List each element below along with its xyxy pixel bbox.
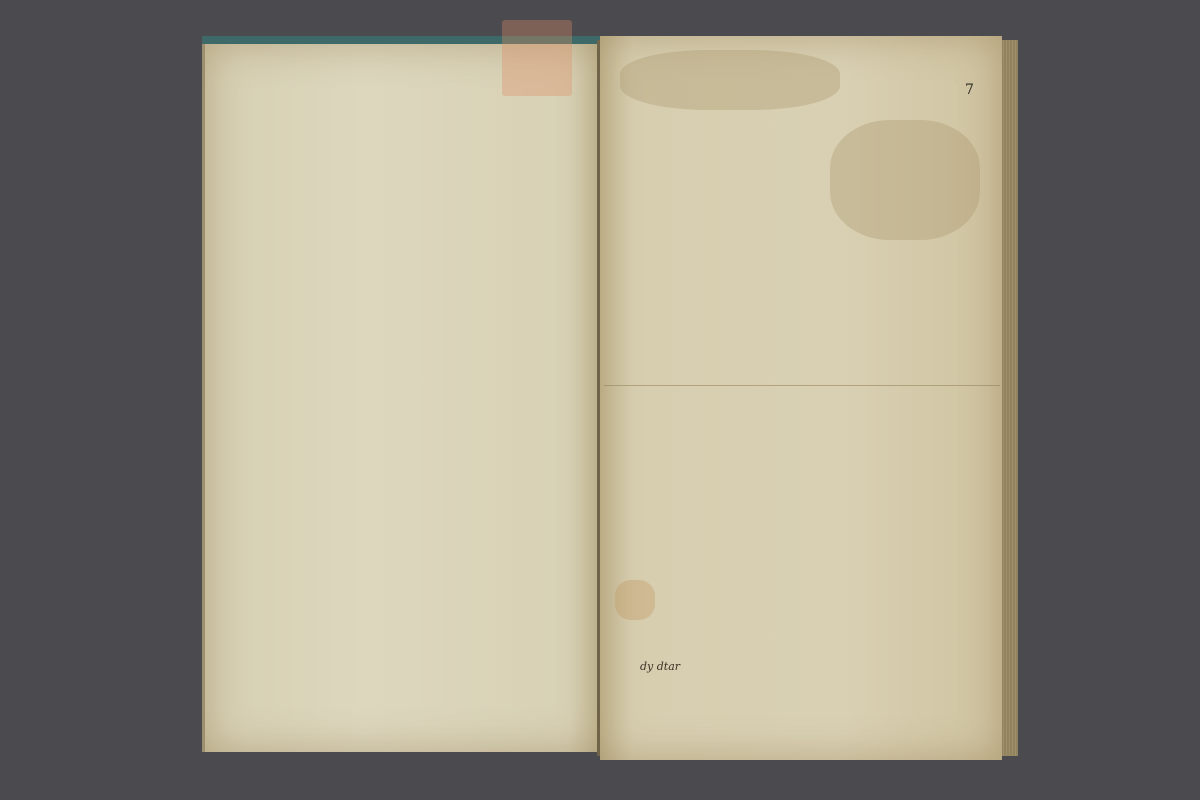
folio-number: 7 [965,82,974,98]
page-edges [1002,40,1018,756]
page-fold-line [604,385,1000,386]
water-stain [620,50,840,110]
left-page [202,44,601,752]
marginal-note: dy dtar [640,660,680,673]
library-stamp [502,20,572,96]
foxing-spot [615,580,655,620]
water-stain [830,120,980,240]
